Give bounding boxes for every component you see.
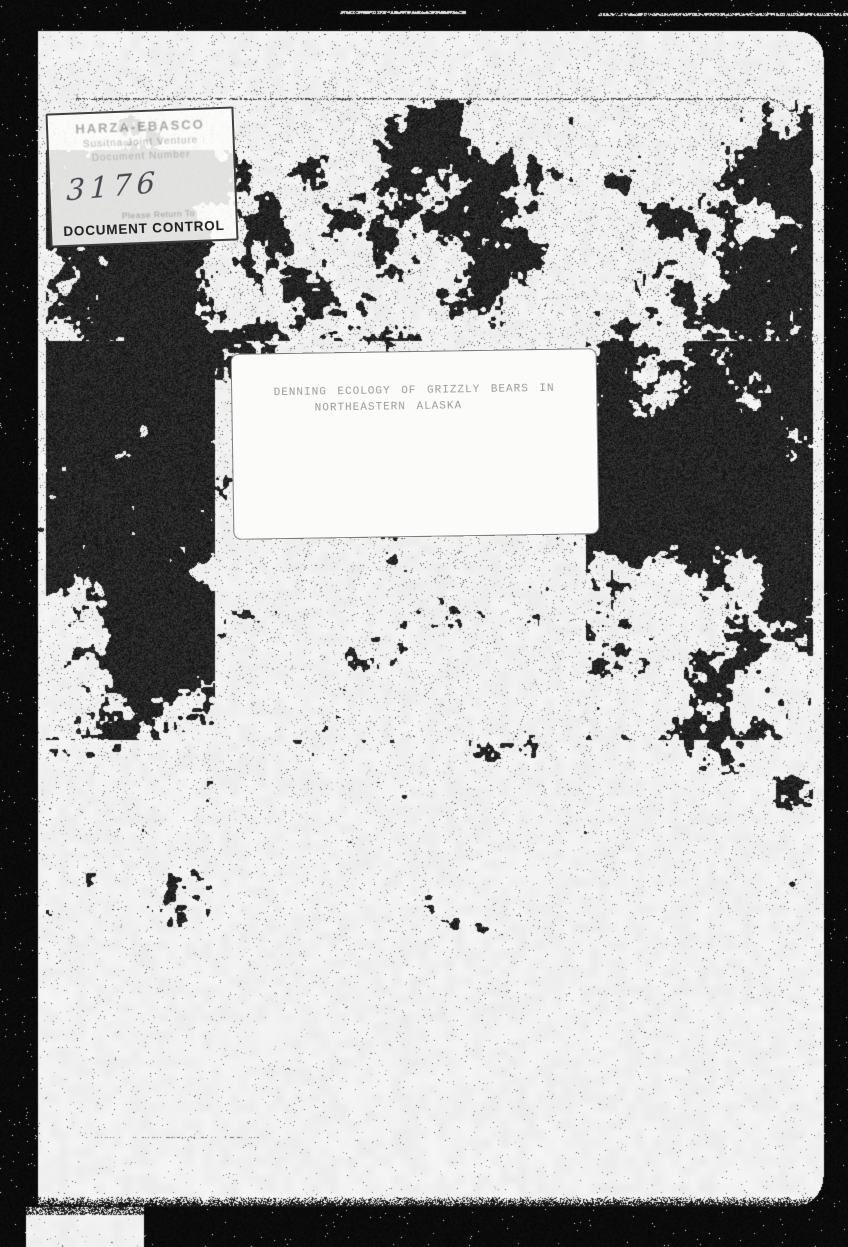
title-label-box: DENNING ECOLOGY OF GRIZZLY BEARS IN NORT… <box>231 348 600 540</box>
title-line-1: DENNING ECOLOGY OF GRIZZLY BEARS IN <box>232 382 596 400</box>
scanned-document-page: HARZA-EBASCO Susitna Joint Venture Docum… <box>0 0 848 1247</box>
stamp-control-label: DOCUMENT CONTROL <box>52 217 236 239</box>
document-control-stamp: HARZA-EBASCO Susitna Joint Venture Docum… <box>45 106 238 247</box>
handwritten-doc-number: 3176 <box>66 165 161 208</box>
title-line-2: NORTHEASTERN ALASKA <box>206 399 570 417</box>
